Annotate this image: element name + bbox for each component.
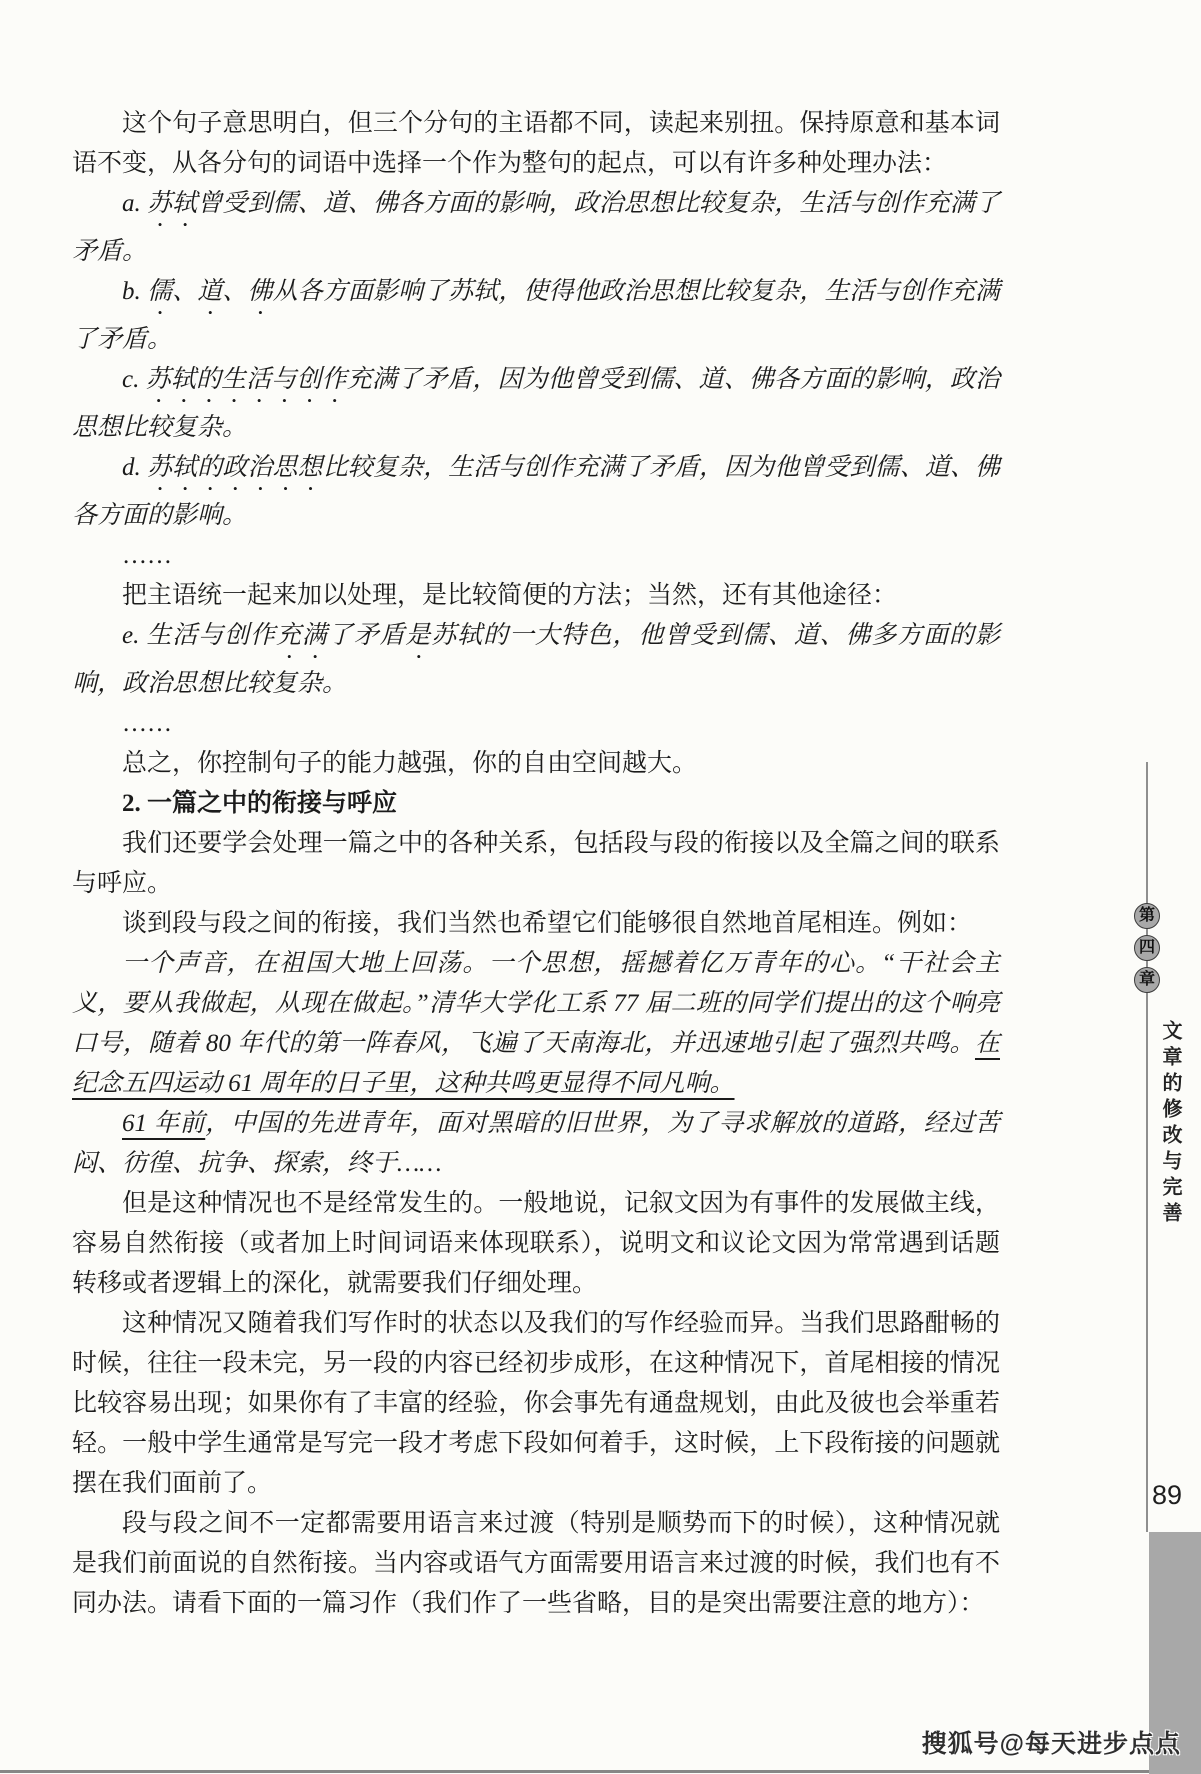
text-segment: 这个句子意思明白，但三个分句的主语都不同，读起来别扭。保持原意和基本词语不变，从…: [72, 110, 1000, 177]
paragraph: b. 儒、道、佛从各方面影响了苏轼，使得他政治思想比较复杂，生活与创作充满了矛盾…: [72, 272, 1000, 360]
chapter-title-vertical: 文章的修改与完善: [1156, 1020, 1185, 1228]
page-number: 89: [1152, 1480, 1182, 1511]
paragraph: ……: [72, 704, 1000, 744]
text-segment: b.: [122, 278, 147, 305]
emphasis-dots-text: 苏轼的政治思想: [147, 454, 323, 481]
chapter-badge-3: 章: [1134, 967, 1160, 993]
emphasis-dots-text: 儒: [147, 278, 172, 305]
text-body: 这个句子意思明白，但三个分句的主语都不同，读起来别扭。保持原意和基本词语不变，从…: [72, 104, 1000, 1624]
text-segment: 把主语统一起来加以处理，是比较简便的方法；当然，还有其他途径：: [122, 582, 897, 609]
text-segment: ，中国的先进青年，面对黑暗的旧世界，为了寻求解放的道路，经过苦闷、彷徨、抗争、探…: [72, 1110, 1000, 1177]
text-segment: 总之，你控制句子的能力越强，你的自由空间越大。: [122, 750, 697, 777]
text-segment: 、: [172, 278, 197, 305]
paragraph: 我们还要学会处理一篇之中的各种关系，包括段与段的衔接以及全篇之间的联系与呼应。: [72, 824, 1000, 904]
text-segment: 了矛盾: [328, 622, 406, 649]
text-segment: 曾受到儒、道、佛各方面的影响，政治思想比较复杂，生活与创作充满了矛盾。: [72, 190, 1000, 265]
emphasis-dots-text: 佛: [247, 278, 272, 305]
text-segment: 我们还要学会处理一篇之中的各种关系，包括段与段的衔接以及全篇之间的联系与呼应。: [72, 830, 1000, 897]
paragraph: a. 苏轼曾受到儒、道、佛各方面的影响，政治思想比较复杂，生活与创作充满了矛盾。: [72, 184, 1000, 272]
paragraph: 把主语统一起来加以处理，是比较简便的方法；当然，还有其他途径：: [72, 576, 1000, 616]
chapter-marker: 第 四 章: [1134, 903, 1160, 993]
paragraph: 段与段之间不一定都需要用语言来过渡（特别是顺势而下的时候），这种情况就是我们前面…: [72, 1504, 1000, 1624]
section-heading: 2. 一篇之中的衔接与呼应: [72, 784, 1000, 824]
scan-edge-shadow: [0, 1770, 1149, 1773]
underlined-text: 61 年前: [122, 1110, 205, 1137]
text-segment: c.: [122, 366, 146, 393]
paragraph: 这种情况又随着我们写作时的状态以及我们的写作经验而异。当我们思路酣畅的时候，往往…: [72, 1304, 1000, 1504]
paragraph: 总之，你控制句子的能力越强，你的自由空间越大。: [72, 744, 1000, 784]
text-segment: e. 生活与创作: [122, 622, 276, 649]
watermark: 搜狐号@每天进步点点: [922, 1724, 1181, 1760]
emphasis-dots-text: 充满: [276, 622, 328, 649]
emphasis-dots-text: 苏轼: [147, 190, 197, 217]
chapter-badge-2: 四: [1134, 935, 1160, 961]
paragraph: d. 苏轼的政治思想比较复杂，生活与创作充满了矛盾，因为他曾受到儒、道、佛各方面…: [72, 448, 1000, 536]
text-segment: d.: [122, 454, 147, 481]
paragraph: 61 年前，中国的先进青年，面对黑暗的旧世界，为了寻求解放的道路，经过苦闷、彷徨…: [72, 1104, 1000, 1184]
text-segment: a.: [122, 190, 147, 217]
text-segment: 这种情况又随着我们写作时的状态以及我们的写作经验而异。当我们思路酣畅的时候，往往…: [72, 1310, 1000, 1497]
chapter-badge-1: 第: [1134, 903, 1160, 929]
text-segment: 2. 一篇之中的衔接与呼应: [122, 790, 397, 817]
text-segment: 谈到段与段之间的衔接，我们当然也希望它们能够很自然地首尾相连。例如：: [122, 910, 972, 937]
page: 这个句子意思明白，但三个分句的主语都不同，读起来别扭。保持原意和基本词语不变，从…: [0, 0, 1201, 1774]
text-segment: 但是这种情况也不是经常发生的。一般地说，记叙文因为有事件的发展做主线，容易自然衔…: [72, 1190, 1000, 1297]
emphasis-dots-text: 是: [405, 622, 431, 649]
paragraph: c. 苏轼的生活与创作充满了矛盾，因为他曾受到儒、道、佛各方面的影响，政治思想比…: [72, 360, 1000, 448]
paragraph: 一个声音，在祖国大地上回荡。一个思想，摇撼着亿万青年的心。“干社会主义，要从我做…: [72, 944, 1000, 1104]
text-segment: 段与段之间不一定都需要用语言来过渡（特别是顺势而下的时候），这种情况就是我们前面…: [72, 1510, 1000, 1617]
text-segment: ……: [122, 710, 172, 737]
paragraph: ……: [72, 536, 1000, 576]
text-segment: 、: [222, 278, 247, 305]
text-segment: ……: [122, 542, 172, 569]
paragraph: 但是这种情况也不是经常发生的。一般地说，记叙文因为有事件的发展做主线，容易自然衔…: [72, 1184, 1000, 1304]
paragraph: e. 生活与创作充满了矛盾是苏轼的一大特色，他曾受到儒、道、佛多方面的影响，政治…: [72, 616, 1000, 704]
emphasis-dots-text: 苏轼的生活与创作: [146, 366, 347, 393]
paragraph: 谈到段与段之间的衔接，我们当然也希望它们能够很自然地首尾相连。例如：: [72, 904, 1000, 944]
chapter-divider-line: [1146, 762, 1148, 1532]
paragraph: 这个句子意思明白，但三个分句的主语都不同，读起来别扭。保持原意和基本词语不变，从…: [72, 104, 1000, 184]
emphasis-dots-text: 道: [197, 278, 222, 305]
text-segment: 一个声音，在祖国大地上回荡。一个思想，摇撼着亿万青年的心。“干社会主义，要从我做…: [72, 950, 1000, 1057]
